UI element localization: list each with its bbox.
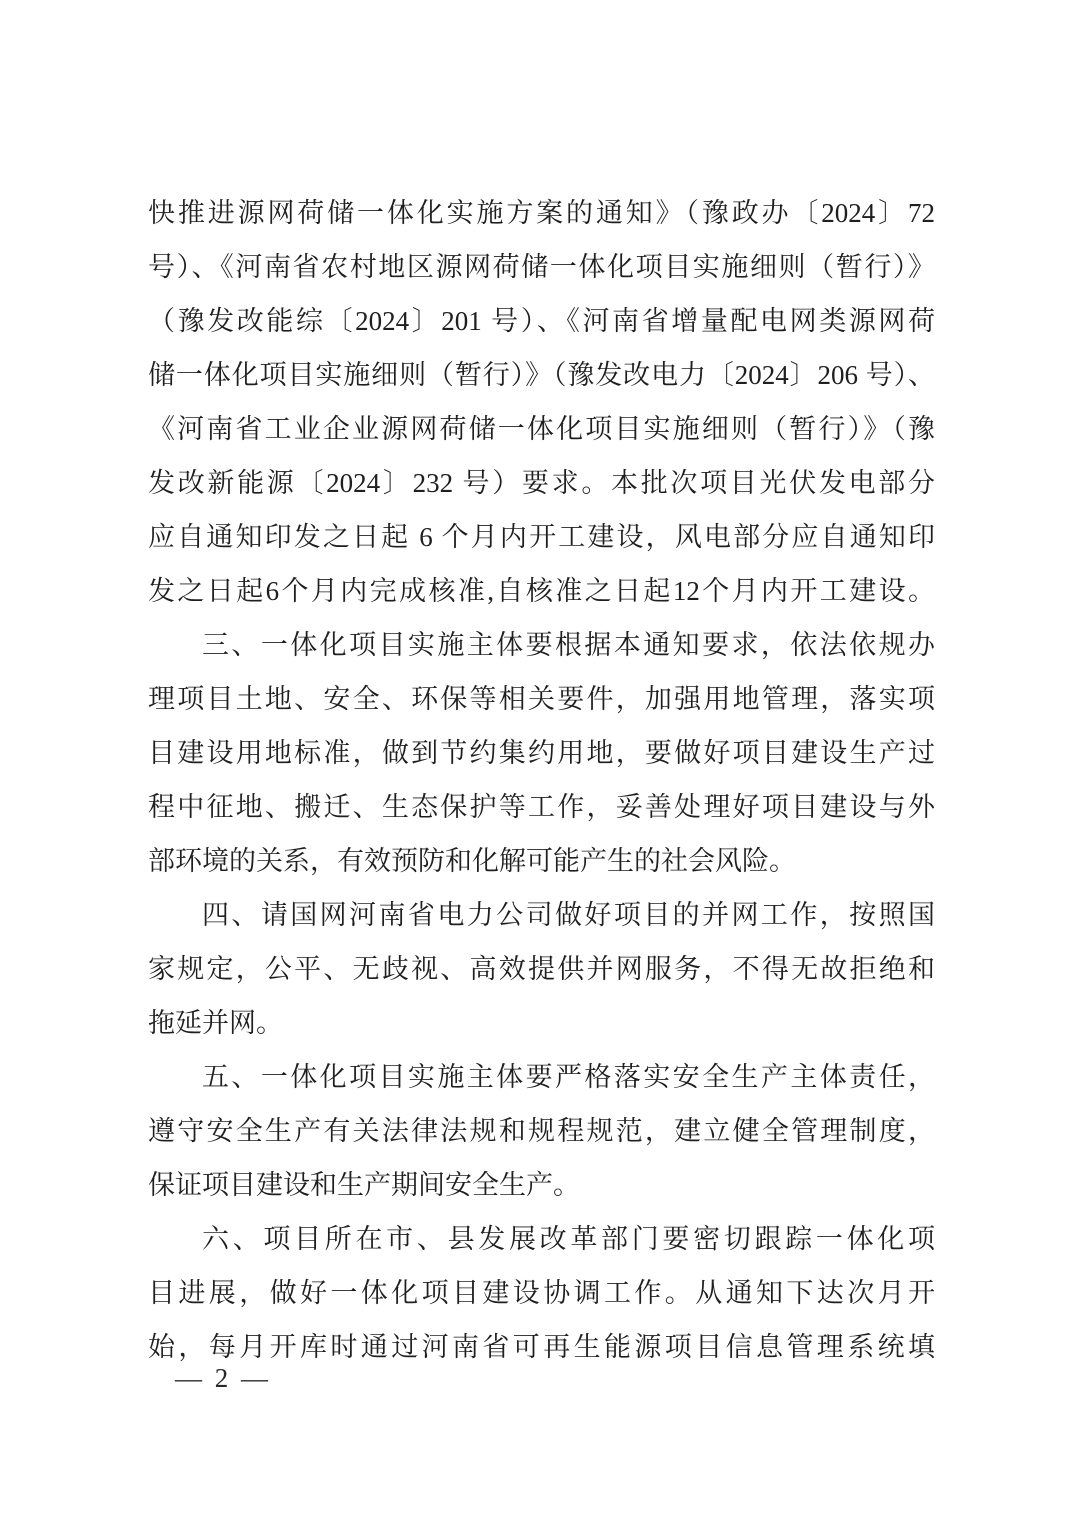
text-line: 目建设用地标准，做到节约集约用地，要做好项目建设生产过 (148, 726, 935, 780)
document-body: 快推进源网荷储一体化实施方案的通知》（豫政办〔2024〕72 号）、《河南省农村… (148, 186, 935, 1374)
paragraph-start-line: 六、项目所在市、县发展改革部门要密切跟踪一体化项 (148, 1212, 935, 1266)
text-line: 家规定，公平、无歧视、高效提供并网服务，不得无故拒绝和 (148, 942, 935, 996)
text-line: 发改新能源〔2024〕232 号）要求。本批次项目光伏发电部分 (148, 456, 935, 510)
text-line: 理项目土地、安全、环保等相关要件，加强用地管理，落实项 (148, 672, 935, 726)
text-line: （豫发改能综〔2024〕201 号）、《河南省增量配电网类源网荷 (148, 294, 935, 348)
document-page: 快推进源网荷储一体化实施方案的通知》（豫政办〔2024〕72 号）、《河南省农村… (0, 0, 1080, 1526)
text-line: 遵守安全生产有关法律法规和规程规范，建立健全管理制度， (148, 1104, 935, 1158)
page-number: — 2 — (175, 1358, 271, 1398)
text-line: 目进展，做好一体化项目建设协调工作。从通知下达次月开 (148, 1266, 935, 1320)
paragraph-end-line: 保证项目建设和生产期间安全生产。 (148, 1158, 935, 1212)
text-line: 应自通知印发之日起 6 个月内开工建设，风电部分应自通知印 (148, 510, 935, 564)
text-line: 快推进源网荷储一体化实施方案的通知》（豫政办〔2024〕72 (148, 186, 935, 240)
text-line: 储一体化项目实施细则（暂行）》（豫发改电力〔2024〕206 号）、 (148, 348, 935, 402)
paragraph-start-line: 四、请国网河南省电力公司做好项目的并网工作，按照国 (148, 888, 935, 942)
text-line: 发之日起6个月内完成核准,自核准之日起12个月内开工建设。 (148, 564, 935, 618)
paragraph-start-line: 五、一体化项目实施主体要严格落实安全生产主体责任， (148, 1050, 935, 1104)
paragraph-end-line: 拖延并网。 (148, 996, 935, 1050)
text-line: 程中征地、搬迁、生态保护等工作，妥善处理好项目建设与外 (148, 780, 935, 834)
paragraph-start-line: 三、一体化项目实施主体要根据本通知要求，依法依规办 (148, 618, 935, 672)
paragraph-end-line: 部环境的关系，有效预防和化解可能产生的社会风险。 (148, 834, 935, 888)
text-line: 号）、《河南省农村地区源网荷储一体化项目实施细则（暂行）》 (148, 240, 935, 294)
text-line: 《河南省工业企业源网荷储一体化项目实施细则（暂行）》（豫 (148, 402, 935, 456)
